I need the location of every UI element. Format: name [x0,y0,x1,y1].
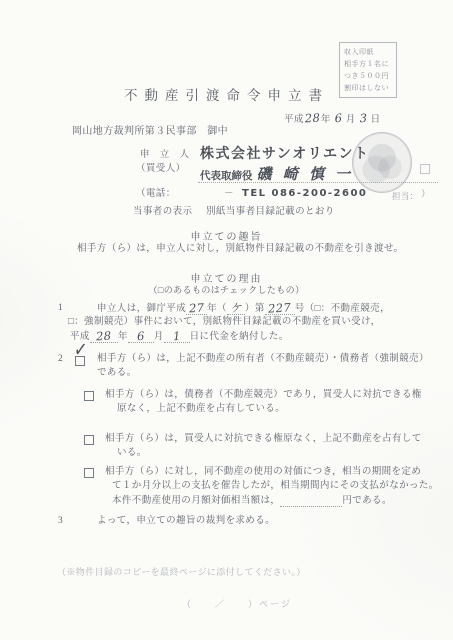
party-label: 当事者の表示 [133,207,192,217]
purpose-body: 相手方（ら）は，申立人に対し，別紙物件目録記載の不動産を引き渡せ。 [77,243,403,255]
tel-number-stamp: TEL 086-200-2600 [242,188,367,199]
item1-seg4: 号（□：不動産競売， [295,304,390,314]
party-value: 別紙当事者目録記載のとおり [206,207,335,217]
date-era: 平成 [284,115,304,125]
item2-sub3-line3a: 本件不動産使用の月額対価相当額は， [112,496,280,506]
date-month-handwritten: 6 [330,112,346,125]
purpose-heading: 申立ての趣旨 [0,228,453,243]
pay-year-handwritten: 28 [96,330,112,343]
item2-number: 2 [58,353,63,365]
pay-day-blank: 1 [164,330,190,343]
name-underline-divider [198,182,438,183]
revenue-stamp-line: 相手方１名に [344,58,392,70]
item1-seg8: 日に代金を納付した。 [190,332,289,342]
reason-heading: 申立ての理由 [0,270,453,285]
item2-line1: 相手方（ら）は，上記不動産の所有者（不動産競売）・債務者（強制競売） [97,353,429,365]
item2-line2: である。 [97,367,137,379]
item1-seg1: 申立人は，御庁平成 [97,304,186,314]
item3-number: 3 [58,515,63,527]
checkbox-sub3 [84,468,94,478]
item2-sub2-line1: 相手方（ら）は，買受人に対抗できる権原なく，上記不動産を占有して [105,433,422,445]
applicant-role-sub-label: （買受人） [136,163,186,175]
item1-line1: 申立人は，御庁平成27年（ケ）第227号（□：不動産競売， [97,302,390,315]
page-indicator: （ ／ ）ページ [182,597,292,610]
date-day-handwritten: 3 [355,112,371,125]
item1-seg3: ）第 [245,304,265,314]
phone-label: （電話： [136,188,176,200]
applicant-role-label: 申 立 人 [140,149,190,161]
case-year-handwritten: 27 [189,302,205,315]
date-day-unit: 日 [371,115,381,125]
item1-line2: □：強制競売）事件において，別紙物件目録記載の不動産を買い受け， [68,316,380,328]
pay-year-blank: 28 [90,330,118,343]
revenue-stamp-line: つき５００円 [344,70,392,82]
case-number-blank: 227 [265,302,295,315]
applicant-company-name: 株式会社サンオリエント [200,143,370,163]
item2-sub3-line2: て１か月分以上の支払を催告したが，相当期間内にその支払がなかった。 [112,480,439,492]
item2-sub3-line3: 本件不動産使用の月額対価相当額は，円である。 [112,494,392,507]
case-year-blank: 27 [186,302,207,315]
date-line: 平成28年6月3日 [284,112,381,126]
document-title: 不動産引渡命令申立書 [0,84,453,104]
court-address-line: 岡山地方裁判所第３民事部 御中 [72,126,228,138]
item2-sub3-line3b: 円である。 [342,496,392,506]
date-month-unit: 月 [346,115,356,125]
item2-sub2-line2: いる。 [117,447,147,459]
handwritten-check-mark: ✓ [73,337,88,362]
item3-text: よって，申立ての趣旨の裁判を求める。 [97,515,275,527]
phone-paren-close: ） [421,189,431,201]
case-type-handwritten: ケ [230,302,243,315]
item1-line3: 平成28年6月1日に代金を納付した。 [70,330,289,343]
reason-note: （□のあるものはチェックしたもの） [0,284,453,296]
date-year-unit: 年 [321,115,331,125]
item2-sub3-line1: 相手方（ら）に対し，同不動産の使用の対価につき，相当の期間を定め [105,466,421,478]
item1-number: 1 [58,302,63,314]
representative-name-handwritten: 磯 崎 慎 一 [257,165,354,183]
item2-sub1-line2: 原なく，上記不動産を占有している。 [117,403,285,415]
representative-title: 代表取締役 [200,170,253,182]
checkbox-sub1 [84,391,94,401]
pay-month-blank: 6 [128,330,154,343]
checkbox-seal-area [420,164,430,174]
representative-line: 代表取締役 磯 崎 慎 一 [200,163,353,184]
round-seal-stamp-icon [352,132,412,193]
party-designation-line: 当事者の表示 別紙当事者目録記載のとおり [133,206,335,218]
date-year-handwritten: 28 [304,112,322,125]
item1-seg2: 年（ [207,304,227,314]
checkbox-sub2 [84,435,94,445]
monthly-amount-blank [280,494,342,507]
item2-sub1-line1: 相手方（ら）は，債務者（不動産競売）であり，買受人に対抗できる権 [105,389,422,401]
item1-seg6: 年 [118,332,128,342]
case-number-handwritten: 227 [268,301,292,314]
phone-dash: － [224,188,234,200]
pay-day-handwritten: 1 [172,330,180,342]
pay-month-handwritten: 6 [137,330,145,342]
scanned-document-page: 収入印紙 相手方１名に つき５００円 割印はしない 不動産引渡命令申立書 平成2… [0,0,453,640]
case-type-blank: ケ [227,302,245,315]
contact-label: 担当： [392,190,418,202]
item1-seg7: 月 [154,332,164,342]
attachment-note: （※物件目録のコピーを最終ページに添付してください。） [57,566,306,578]
revenue-stamp-line: 収入印紙 [344,46,392,58]
